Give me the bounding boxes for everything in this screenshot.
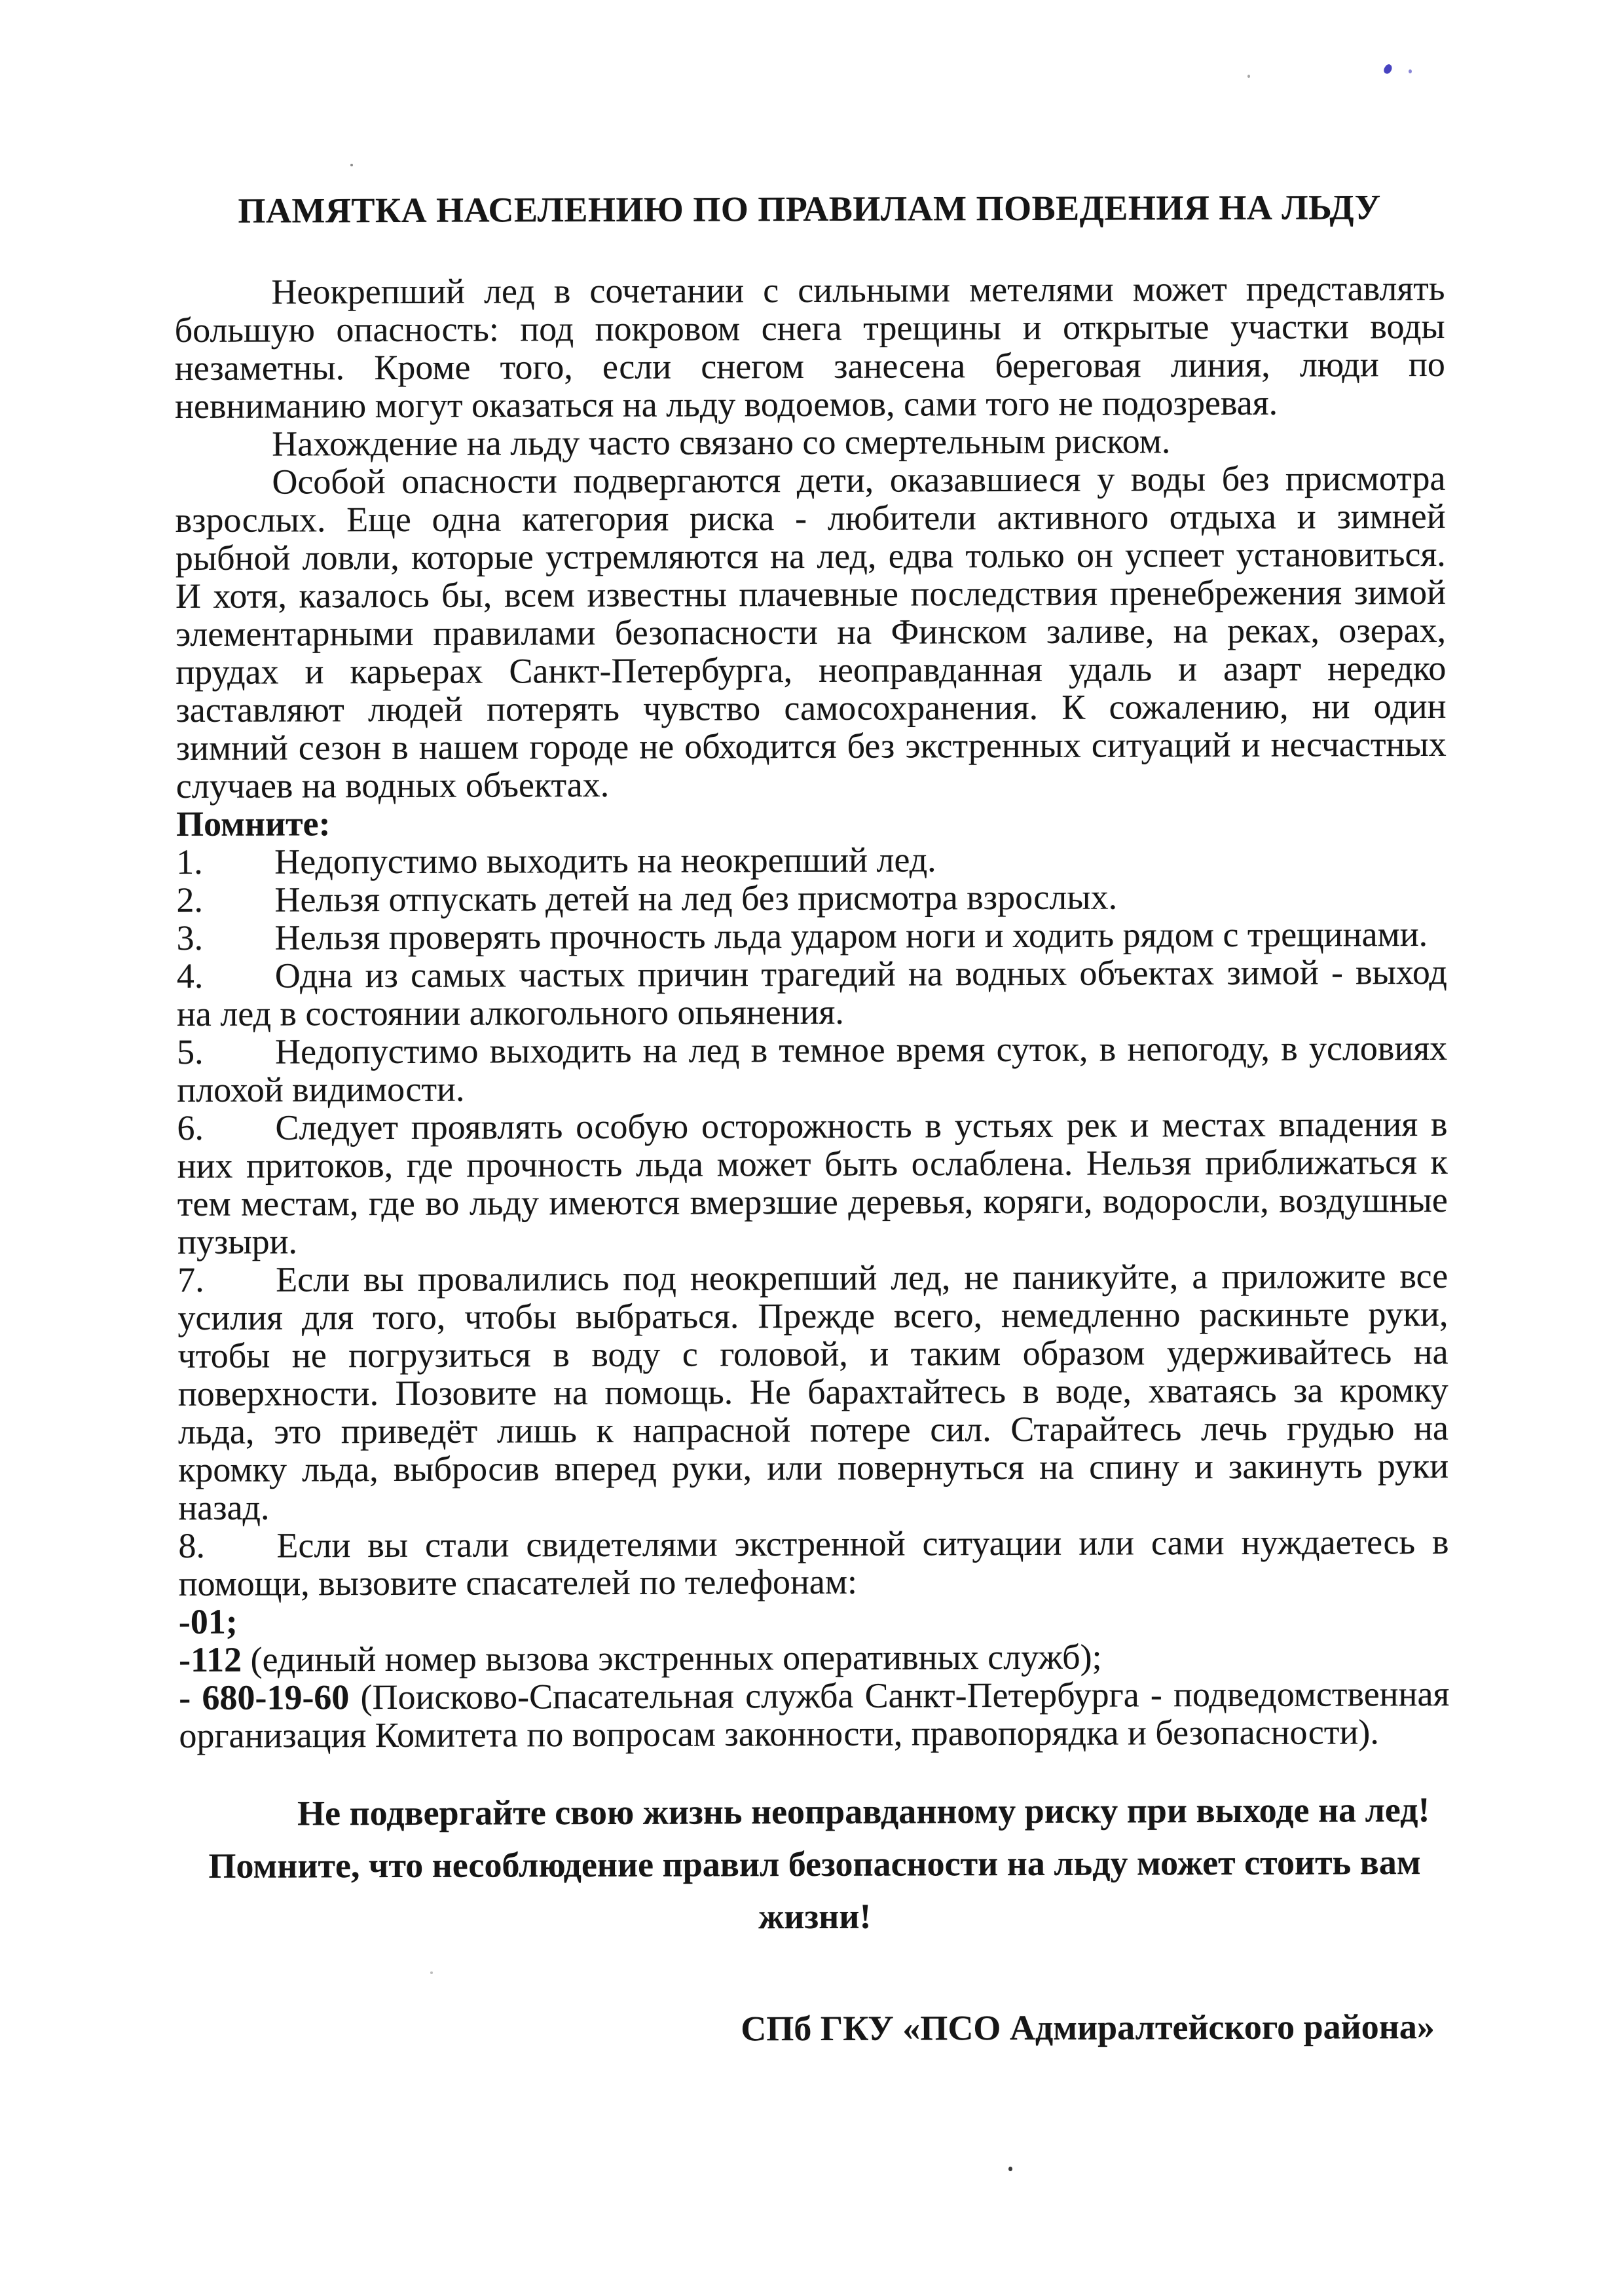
rule-number: 2. — [176, 881, 274, 919]
phone-number: -01; — [179, 1602, 238, 1641]
rule-item-1: 1.Недопустимо выходить на неокрепший лед… — [176, 839, 1447, 881]
rule-item-6: 6.Следует проявлять особую осторожность … — [177, 1105, 1448, 1261]
page-title: ПАМЯТКА НАСЕЛЕНИЮ ПО ПРАВИЛАМ ПОВЕДЕНИЯ … — [174, 187, 1445, 231]
scan-speck — [350, 164, 353, 166]
remember-heading: Помните: — [176, 801, 1447, 843]
rule-item-5: 5.Недопустимо выходить на лед в темное в… — [177, 1029, 1447, 1109]
phone-line-01: -01; — [179, 1599, 1449, 1641]
phone-number: -112 — [179, 1640, 242, 1679]
phone-line-112: -112 (единый номер вызова экстренных опе… — [179, 1637, 1449, 1679]
warning-line-1: Не подвергайте свою жизнь неоправданному… — [179, 1783, 1450, 1840]
signature: СПб ГКУ «ПСО Адмиралтейского района» — [180, 2007, 1435, 2049]
rule-number: 3. — [176, 919, 274, 957]
rule-text: Одна из самых частых причин трагедий на … — [177, 952, 1447, 1034]
phone-description: (единый номер вызова экстренных оператив… — [242, 1637, 1102, 1679]
rule-number: 8. — [178, 1527, 276, 1565]
rule-item-3: 3.Нельзя проверять прочность льда ударом… — [176, 915, 1447, 957]
phone-line-680-19-60: - 680-19-60 (Поисково-Спасательная служб… — [179, 1675, 1449, 1755]
rule-number: 5. — [177, 1033, 275, 1071]
scan-speck — [430, 1971, 433, 1974]
rule-text: Нельзя проверять прочность льда ударом н… — [274, 914, 1428, 958]
rule-number: 6. — [177, 1109, 275, 1147]
phone-description: (Поисково-Спасательная служба Санкт-Пете… — [179, 1674, 1449, 1755]
rule-item-2: 2.Нельзя отпускать детей на лед без прис… — [176, 877, 1447, 919]
rule-item-8: 8.Если вы стали свидетелями экстренной с… — [178, 1523, 1449, 1603]
intro-paragraph-3: Особой опасности подвергаются дети, оказ… — [175, 459, 1447, 805]
rule-text: Недопустимо выходить на лед в темное вре… — [177, 1028, 1447, 1110]
rule-item-4: 4.Одна из самых частых причин трагедий н… — [177, 953, 1447, 1033]
rule-number: 4. — [177, 957, 275, 995]
document-content: ПАМЯТКА НАСЕЛЕНИЮ ПО ПРАВИЛАМ ПОВЕДЕНИЯ … — [174, 0, 1450, 2049]
rule-number: 7. — [177, 1261, 276, 1299]
rule-text: Нельзя отпускать детей на лед без присмо… — [274, 878, 1117, 920]
rule-text: Если вы провалились под неокрепший лед, … — [177, 1256, 1449, 1527]
intro-paragraph-2: Нахождение на льду часто связано со смер… — [175, 421, 1445, 463]
rule-item-7: 7.Если вы провалились под неокрепший лед… — [177, 1257, 1449, 1527]
rule-text: Следует проявлять особую осторожность в … — [177, 1104, 1448, 1261]
warning-line-3: жизни! — [179, 1888, 1450, 1945]
scan-speck — [1247, 75, 1250, 78]
scan-speck — [1008, 2167, 1012, 2171]
ink-speck — [1409, 69, 1412, 73]
intro-paragraph-1: Неокрепший лед в сочетании с сильными ме… — [174, 269, 1445, 425]
rule-text: Недопустимо выходить на неокрепший лед. — [274, 840, 936, 881]
rule-number: 1. — [176, 843, 274, 881]
phone-number: - 680-19-60 — [179, 1677, 349, 1717]
rule-text: Если вы стали свидетелями экстренной сит… — [179, 1522, 1449, 1603]
warning-block: Не подвергайте свою жизнь неоправданному… — [179, 1783, 1450, 1945]
warning-line-2: Помните, что несоблюдение правил безопас… — [179, 1836, 1450, 1892]
document-page: ПАМЯТКА НАСЕЛЕНИЮ ПО ПРАВИЛАМ ПОВЕДЕНИЯ … — [0, 0, 1624, 2295]
